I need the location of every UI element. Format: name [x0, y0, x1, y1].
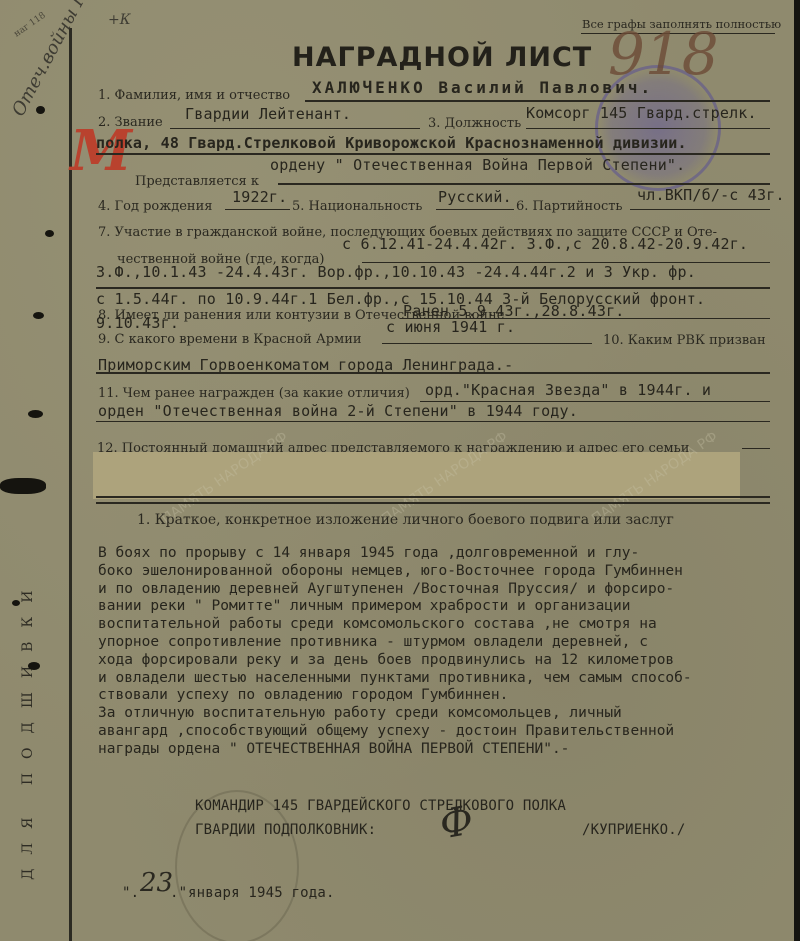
field-7-value-line1: с 6.12.41-24.4.42г. З.Ф.,с 20.8.42-20.9.…	[342, 235, 748, 253]
field-4-line	[225, 209, 290, 210]
date-rest: января 1945 года.	[188, 885, 335, 901]
field-1-label: 1. Фамилия, имя и отчество	[98, 88, 290, 103]
merit-line: ствовали успеху по овладению городом Гум…	[98, 687, 798, 705]
field-10-line	[96, 372, 770, 374]
section-divider-2	[96, 502, 770, 504]
section-1-heading: 1. Краткое, конкретное изложение личного…	[137, 512, 674, 528]
field-10-label: 10. Каким РВК призван	[603, 333, 766, 348]
field-4-label: 4. Год рождения	[98, 199, 212, 214]
field-5-line	[436, 209, 514, 210]
section-divider	[96, 496, 770, 498]
field-3-cont-line	[96, 153, 770, 155]
field-6-label: 6. Партийность	[516, 199, 623, 214]
merit-line: воспитательной работы среди комсомольско…	[98, 616, 798, 634]
field-2-line	[170, 128, 420, 129]
corner-mark: наг 118	[12, 11, 47, 40]
represented-line	[278, 183, 770, 185]
merit-line: боко эшелонированной обороны немцев, юго…	[98, 563, 798, 581]
field-3-value-cont: полка, 48 Гвард.Стрелковой Криворожской …	[96, 134, 687, 152]
award-sheet: ДЛЯ ПОДШИВКИ наг 118 Отеч.войны Пст +К М…	[0, 0, 800, 941]
field-4-value: 1922г.	[232, 188, 287, 206]
commander-rank: ГВАРДИИ ПОДПОЛКОВНИК:	[195, 822, 376, 838]
field-9-label: 9. С какого времени в Красной Армии	[98, 332, 362, 347]
binding-label: ДЛЯ ПОДШИВКИ	[20, 577, 36, 880]
merit-line: упорное сопротивление противника - штурм…	[98, 634, 798, 652]
document-title: НАГРАДНОЙ ЛИСТ	[292, 42, 592, 73]
commander-name: /КУПРИЕНКО./	[582, 822, 686, 838]
field-2-value: Гвардии Лейтенант.	[185, 105, 351, 123]
represented-value: ордену " Отечественная Война Первой Степ…	[270, 156, 685, 174]
field-1-line	[305, 100, 770, 102]
merit-line: награды ордена " ОТЕЧЕСТВЕННАЯ ВОЙНА ПЕР…	[98, 741, 798, 759]
date-close-quote: ."	[170, 885, 187, 901]
merit-line: За отличную воспитательную работу среди …	[98, 705, 798, 723]
punch-hole	[28, 410, 43, 418]
field-11-label: 11. Чем ранее награжден (за какие отличи…	[98, 386, 410, 401]
field-8-value-cont: 9.10.43г.	[96, 314, 179, 332]
field-2-label: 2. Звание	[98, 115, 163, 130]
merit-description: В боях по прорыву с 14 января 1945 года …	[98, 545, 798, 759]
field-1-value: ХАЛЮЧЕНКО Василий Павлович.	[312, 78, 653, 97]
represented-label: Представляется к	[135, 174, 259, 189]
merit-line: хода форсировали реку и за день боев про…	[98, 652, 798, 670]
field-3-line	[526, 128, 770, 129]
field-7-value-line2: З.Ф.,10.1.43 -24.4.43г. Вор.фр.,10.10.43…	[96, 263, 696, 281]
field-9-value: с июня 1941 г.	[386, 318, 515, 336]
field-6-line	[630, 209, 770, 210]
field-7-line2	[96, 287, 770, 289]
punch-hole	[36, 106, 45, 114]
torn-hole	[0, 478, 46, 494]
punch-hole	[33, 312, 44, 319]
field-11-value-cont: орден "Отечественная война 2-й Степени" …	[98, 402, 578, 420]
field-11-value: орд."Красная Звезда" в 1944г. и	[425, 381, 711, 399]
merit-line: В боях по прорыву с 14 января 1945 года …	[98, 545, 798, 563]
field-9-line	[382, 343, 592, 344]
merit-line: и овладели шестью населенными пунктами п…	[98, 670, 798, 688]
field-3-value: Комсорг 145 Гвард.стрелк.	[526, 104, 757, 122]
merit-line: авангард ,способствующий общему успеху -…	[98, 723, 798, 741]
handwritten-note-top: +К	[108, 12, 131, 28]
punch-hole	[28, 662, 40, 670]
merit-line: вании реки " Ромитте" личным примером хр…	[98, 598, 798, 616]
punch-hole	[45, 230, 54, 237]
punch-hole	[12, 600, 20, 606]
field-12-line	[742, 448, 770, 449]
field-6-value: чл.ВКП/б/-с 43г.	[637, 186, 785, 204]
merit-line: и по овладению деревней Аугштупенен /Вос…	[98, 581, 798, 599]
handwritten-note-left: Отеч.войны Пст	[8, 0, 105, 120]
date-day: 23	[140, 868, 173, 898]
field-5-label: 5. Национальность	[292, 199, 422, 214]
field-5-value: Русский.	[438, 188, 512, 206]
date-open-quote: ".	[122, 885, 139, 901]
field-3-label: 3. Должность	[428, 116, 521, 131]
commander-title: КОМАНДИР 145 ГВАРДЕЙСКОГО СТРЕЛКОВОГО ПО…	[195, 798, 566, 814]
field-11-cont-line	[96, 421, 770, 422]
